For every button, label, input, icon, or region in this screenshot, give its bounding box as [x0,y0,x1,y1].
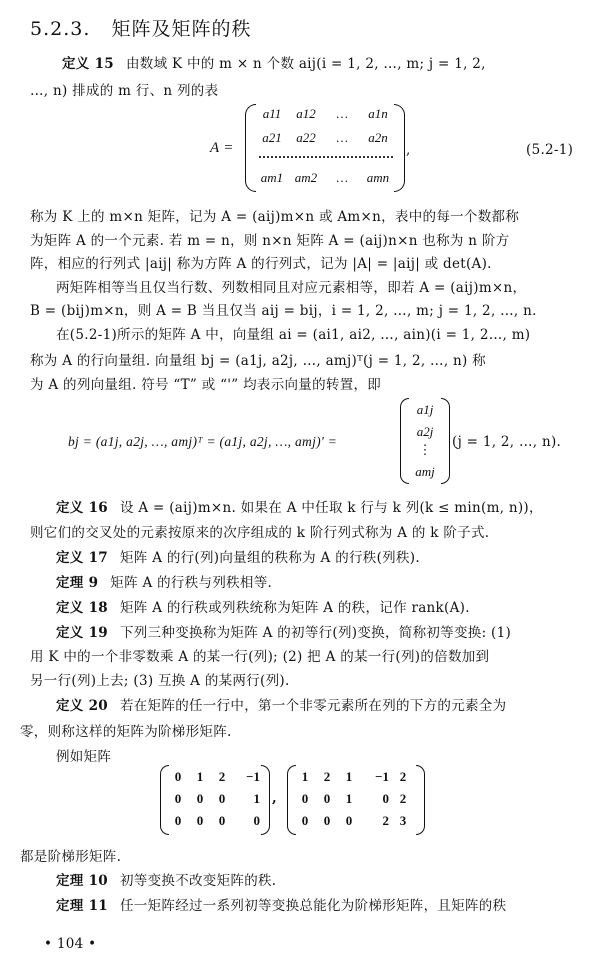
def20-line2: 零，则称这样的矩阵为阶梯形矩阵. [20,720,232,740]
def20-line1: 定义 20若在矩阵的任一行中，第一个非零元素所在列的下方的元素全为 [56,694,506,714]
def15-line1: 定义 15由数域 K 中的 m × n 个数 aij(i = 1, 2, …, … [62,52,486,72]
def17: 定义 17矩阵 A 的行(列)向量组的秩称为 A 的行秩(列秩). [56,546,420,566]
thm10: 定理 10初等变换不改变矩阵的秩. [56,869,276,889]
para3-line3: 为 A 的列向量组. 符号 “T” 或 “'” 均表示向量的转置，即 [30,373,381,393]
para3-line2: 称为 A 的行向量组. 向量组 bj = (a1j, a2j, …, amj)ᵀ… [30,349,486,369]
def19-line2: 用 K 中的一个非零数乘 A 的某一行(列); (2) 把 A 的某一行(列)的… [30,645,489,665]
para3-line1: 在(5.2-1)所示的矩阵 A 中，向量组 ai = (ai1, ai2, …,… [56,323,530,343]
thm11: 定理 11任一矩阵经过一系列初等变换总能化为阶梯形矩阵，且矩阵的秩 [56,894,506,914]
eq-lhs: A = [210,140,234,157]
example-conclusion: 都是阶梯形矩阵. [20,845,121,865]
para1-line3: 阵，相应的行列式 |aij| 称为方阵 A 的行列式，记为 |A| = |aij… [30,252,492,272]
example-intro: 例如矩阵 [56,745,111,765]
section-title: 矩阵及矩阵的秩 [111,18,251,40]
right-paren [394,104,405,192]
matrix-A: a11 a12 … a1n a21 a22 … a2n am1 am2 … am… [245,104,405,192]
transpose-rhs: (j = 1, 2, …, n). [452,434,561,450]
def19-line3: 另一行(列)上去; (3) 互换 A 的某两行(列). [30,669,290,689]
para2-line1: 两矩阵相等当且仅当行数、列数相同且对应元素相等，即若 A = (aij)m×n， [56,276,526,296]
page-number: • 104 • [44,936,96,952]
def19-line1: 定义 19下列三种变换称为矩阵 A 的初等行(列)变换，简称初等变换: (1) [56,621,511,641]
section-number: 5.2.3. [30,18,90,40]
thm9: 定理 9矩阵 A 的行秩与列秩相等. [56,571,272,591]
def15-line2: …, n) 排成的 m 行、n 列的表 [30,79,218,99]
left-paren [245,104,256,192]
transpose-lhs: bj = (a1j, a2j, …, amj)ᵀ = (a1j, a2j, …,… [68,434,337,450]
para2-line2: B = (bij)m×n，则 A = B 当且仅当 aij = bij，i = … [30,299,537,319]
dotted-row [259,156,393,158]
example-matrix-1: 0 1 2 −1 0 0 0 1 0 0 0 0 [160,765,270,835]
def16-line2: 则它们的交叉处的元素按原来的次序组成的 k 阶行列式称为 A 的 k 阶子式. [30,521,489,541]
para1-line1: 称为 K 上的 m×n 矩阵，记为 A = (aij)m×n 或 Am×n，表中… [30,205,519,225]
section-heading: 5.2.3. 矩阵及矩阵的秩 [30,14,251,41]
column-vector: a1j a2j ⋮ amj [400,398,450,484]
def18: 定义 18矩阵 A 的行秩或列秩统称为矩阵 A 的秩，记作 rank(A). [56,596,470,616]
example-matrix-2: 1 2 1 −1 2 0 0 1 0 2 0 0 0 2 3 [287,765,425,835]
def15-label: 定义 15 [62,56,114,72]
equation-number: (5.2-1) [526,142,573,158]
def16-line1: 定义 16设 A = (aij)m×n. 如果在 A 中任取 k 行与 k 列(… [56,496,543,516]
para1-line2: 为矩阵 A 的一个元素. 若 m = n，则 n×n 矩阵 A = (aij)n… [30,229,509,249]
